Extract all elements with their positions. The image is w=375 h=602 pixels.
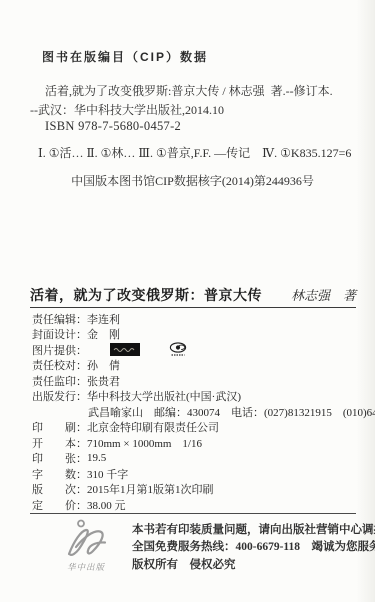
credit-row-price: 定 价： 38.00 元 [32, 497, 367, 513]
footer: 华中出版 本书若有印装质量问题，请向出版社营销中心调换 全国免费服务热线：400… [56, 518, 375, 574]
credit-row-cover-design: 封面设计： 金 刚 [32, 327, 367, 343]
credit-row-sheets: 印 张： 19.5 [32, 451, 367, 467]
credit-value: 张贵君 [87, 373, 120, 389]
colophon-credits: 责任编辑： 李连利 封面设计： 金 刚 图片提供： [32, 311, 367, 513]
cip-classification: Ⅰ. ①活… Ⅱ. ①林… Ⅲ. ①普京,F.F. —传记 Ⅳ. ①K835.1… [38, 144, 368, 161]
credit-label: 出版发行： [32, 388, 87, 404]
credit-value: 310 千字 [87, 466, 128, 482]
credit-row-publisher-address: 武昌喻家山 邮编：430074 电话：(027)81321915 (010)64… [32, 404, 367, 420]
credit-value: 38.00 元 [87, 497, 126, 513]
credit-label: 定 价： [32, 497, 87, 513]
cip-description-line1: 活着,就为了改变俄罗斯:普京大传 / 林志强 著.--修订本. [30, 82, 365, 101]
credit-row-printer: 印 刷： 北京金特印刷有限责任公司 [32, 420, 367, 436]
credit-value: 北京金特印刷有限责任公司 [87, 419, 219, 435]
credit-label: 印 张： [32, 450, 87, 466]
credit-label: 责任编辑： [32, 311, 87, 327]
credit-value: 2015年1月第1版第1次印刷 [87, 481, 214, 497]
divider-above-footer [30, 513, 356, 514]
footer-notices: 本书若有印装质量问题，请向出版社营销中心调换 全国免费服务热线：400-6679… [132, 518, 375, 574]
quality-notice: 本书若有印装质量问题，请向出版社营销中心调换 [132, 522, 375, 539]
isbn-number: ISBN 978-7-5680-0457-2 [45, 119, 181, 134]
credit-value: 金 刚 [87, 326, 120, 342]
credit-value: 华中科技大学出版社(中国·武汉) [87, 388, 241, 404]
photo-provider-logo-eye [147, 342, 187, 357]
credit-row-photo-provider: 图片提供： [32, 342, 367, 358]
credit-value: 武昌喻家山 邮编：430074 电话：(027)81321915 (010)64… [88, 404, 375, 420]
credit-label: 版 次： [32, 481, 87, 497]
cip-record-number: 中国版本图书馆CIP数据核字(2014)第244936号 [30, 172, 355, 189]
credit-value: 孙 倩 [87, 357, 120, 373]
credit-row-publisher: 出版发行： 华中科技大学出版社(中国·武汉) [32, 389, 367, 405]
credit-row-editor: 责任编辑： 李连利 [32, 311, 367, 327]
book-copyright-page: 图书在版编目（CIP）数据 活着,就为了改变俄罗斯:普京大传 / 林志强 著.-… [0, 0, 375, 602]
photo-provider-logo-dark [88, 343, 140, 356]
credit-row-word-count: 字 数： 310 千字 [32, 466, 367, 482]
copyright-notice: 版权所有 侵权必究 [132, 557, 375, 574]
credit-label: 图片提供： [32, 342, 87, 358]
credit-value: 710mm × 1000mm 1/16 [87, 435, 202, 451]
credit-row-format: 开 本： 710mm × 1000mm 1/16 [32, 435, 367, 451]
cip-description-line2: --武汉：华中科技大学出版社,2014.10 [30, 101, 365, 120]
publisher-logo-icon [60, 545, 112, 562]
cip-header: 图书在版编目（CIP）数据 [42, 48, 208, 65]
credit-label: 印 刷： [32, 419, 87, 435]
credit-value: 李连利 [87, 311, 120, 327]
book-author: 林志强 著 [291, 285, 356, 304]
credit-label: 责任校对： [32, 357, 87, 373]
publisher-logo-text: 华中出版 [56, 561, 116, 573]
divider-under-title [30, 307, 356, 308]
credit-row-edition: 版 次： 2015年1月第1版第1次印刷 [32, 482, 367, 498]
credit-label: 字 数： [32, 466, 87, 482]
title-row: 活着，就为了改变俄罗斯：普京大传 林志强 著 [30, 285, 356, 305]
book-title: 活着，就为了改变俄罗斯：普京大传 [30, 285, 262, 305]
credit-row-proofreader: 责任校对： 孙 倩 [32, 358, 367, 374]
cip-description: 活着,就为了改变俄罗斯:普京大传 / 林志强 著.--修订本. --武汉：华中科… [30, 82, 365, 120]
credit-label: 开 本： [32, 435, 87, 451]
credit-label: 封面设计： [32, 326, 87, 342]
service-hotline: 全国免费服务热线：400-6679-118 竭诚为您服务 [132, 539, 375, 556]
credit-value: 19.5 [87, 452, 106, 464]
credit-row-print-supervisor: 责任监印： 张贵君 [32, 373, 367, 389]
publisher-logo: 华中出版 [56, 518, 116, 574]
credit-label: 责任监印： [32, 373, 87, 389]
